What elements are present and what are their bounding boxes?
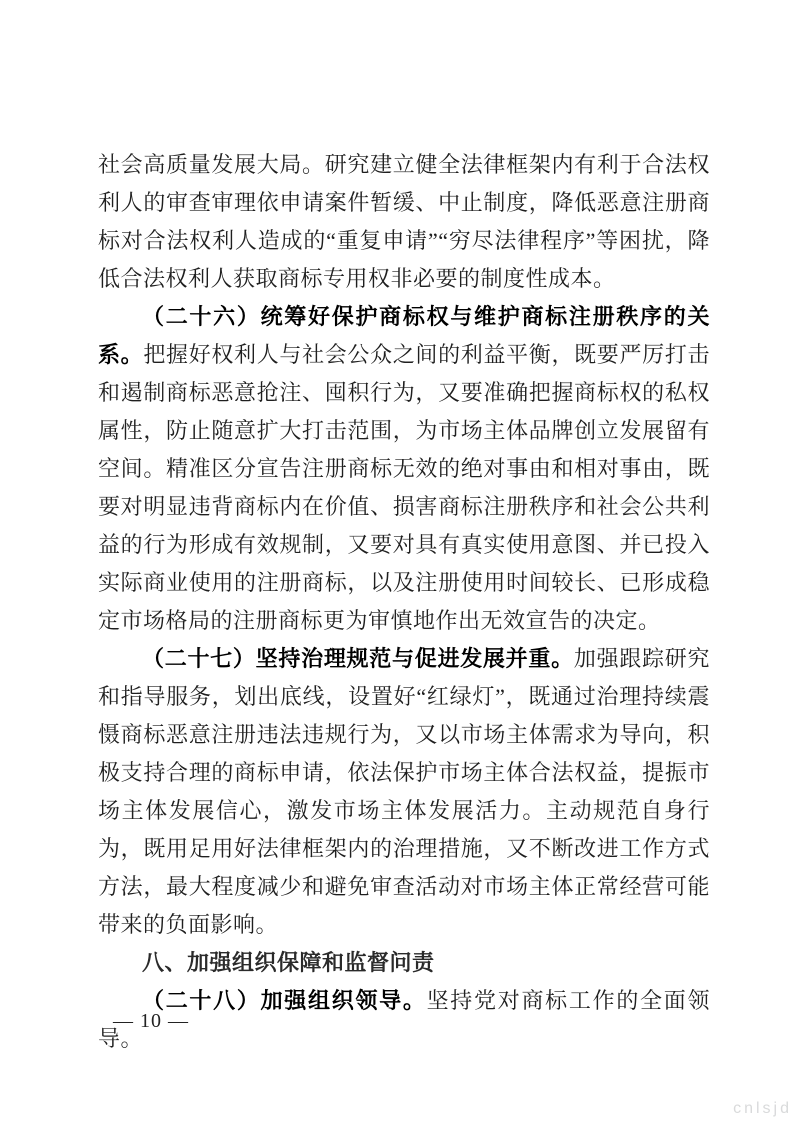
section-heading-8: 八、加强组织保障和监督问责 — [98, 944, 710, 982]
page-number: — 10 — — [113, 1007, 189, 1035]
paragraph-continuation-text: 社会高质量发展大局。研究建立健全法律框架内有利于合法权利人的审查审理依申请案件暂… — [98, 152, 710, 291]
paragraph-continuation: 社会高质量发展大局。研究建立健全法律框架内有利于合法权利人的审查审理依申请案件暂… — [98, 146, 710, 298]
document-page: 社会高质量发展大局。研究建立健全法律框架内有利于合法权利人的审查审理依申请案件暂… — [0, 0, 794, 1123]
item-27-lead: （二十七）坚持治理规范与促进发展并重。 — [142, 646, 574, 671]
paragraph-item-28: （二十八）加强组织领导。坚持党对商标工作的全面领导。 — [98, 982, 710, 1058]
page-content: 社会高质量发展大局。研究建立健全法律框架内有利于合法权利人的审查审理依申请案件暂… — [98, 146, 710, 1058]
watermark: cnlsjd — [733, 1100, 792, 1118]
item-26-text: 把握好权利人与社会公众之间的利益平衡，既要严厉打击和遏制商标恶意抢注、囤积行为，… — [98, 342, 710, 633]
paragraph-item-26: （二十六）统筹好保护商标权与维护商标注册秩序的关系。把握好权利人与社会公众之间的… — [98, 298, 710, 640]
item-27-text: 加强跟踪研究和指导服务，划出底线，设置好“红绿灯”，既通过治理持续震慑商标恶意注… — [98, 646, 710, 937]
paragraph-item-27: （二十七）坚持治理规范与促进发展并重。加强跟踪研究和指导服务，划出底线，设置好“… — [98, 640, 710, 944]
